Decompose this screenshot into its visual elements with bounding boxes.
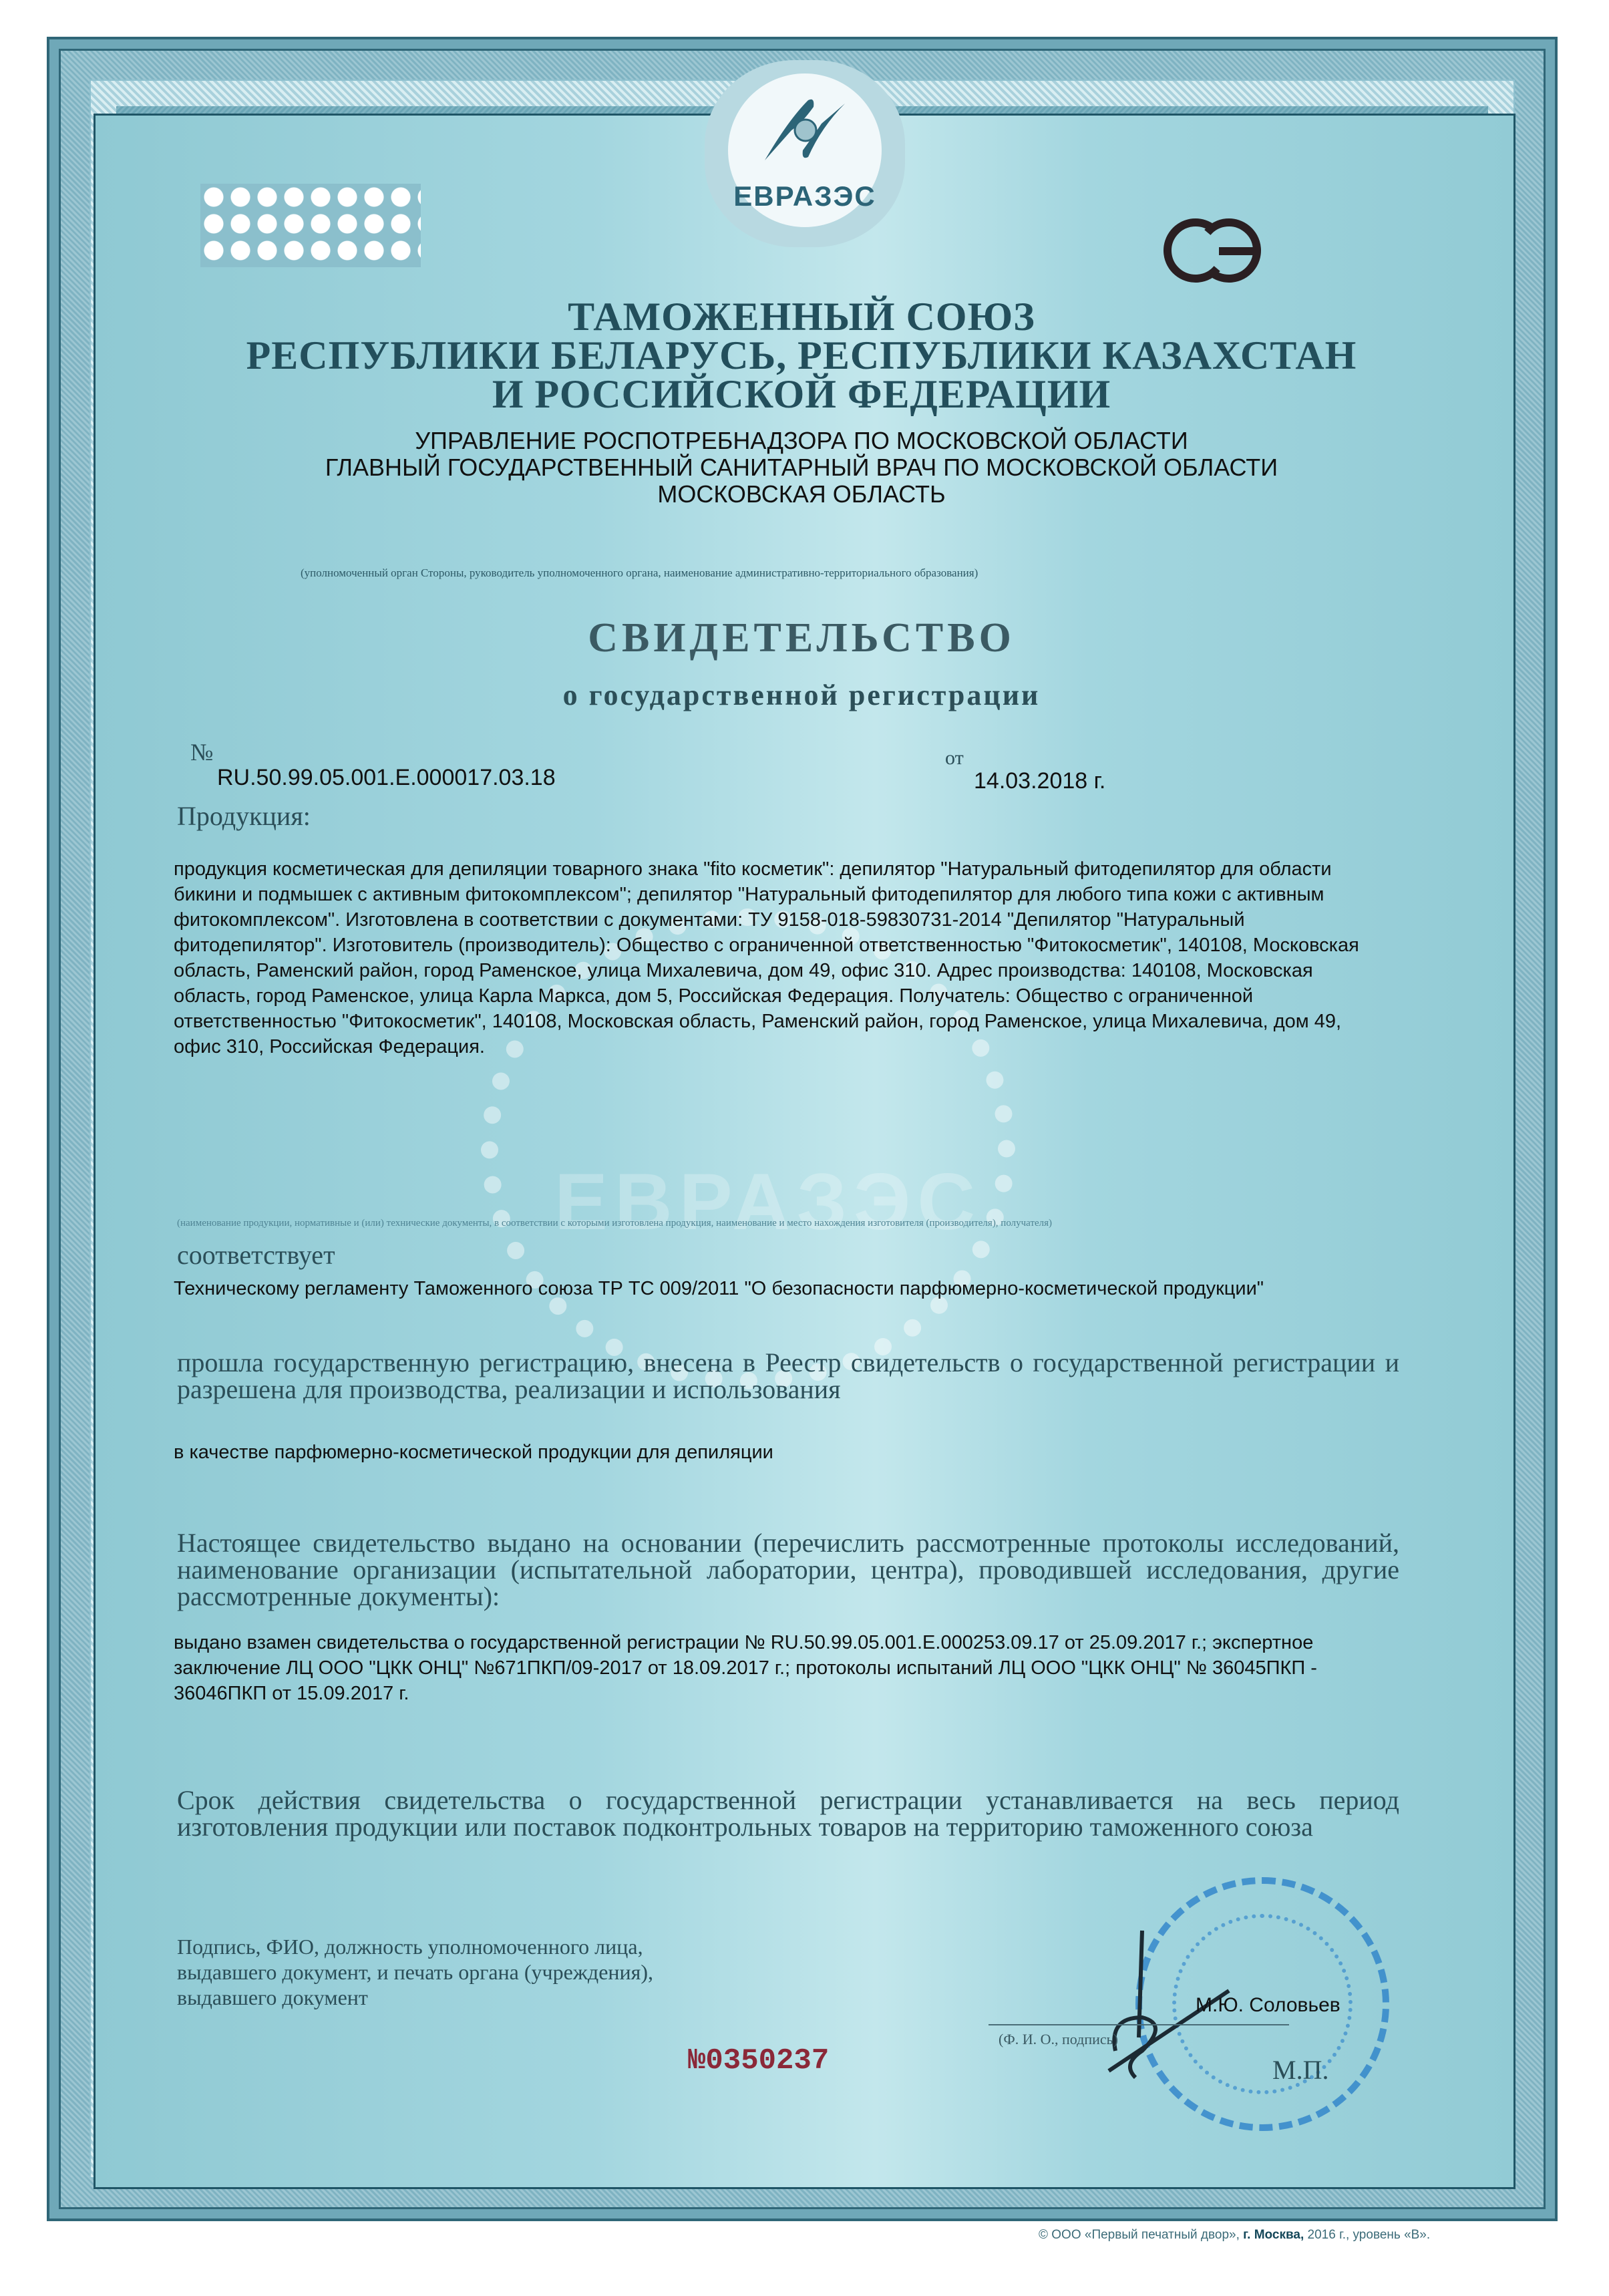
registration-number: RU.50.99.05.001.Е.000017.03.18: [217, 765, 556, 791]
usage-category: в качестве парфюмерно-косметической прод…: [174, 1440, 773, 1465]
product-caption: (наименование продукции, нормативные и (…: [177, 1218, 1052, 1229]
signature-caption: Подпись, ФИО, должность уполномоченного …: [177, 1934, 653, 2010]
eac-conformity-mark-icon: [1162, 214, 1262, 287]
printer-imprint: © ООО «Первый печатный двор», г. Москва,…: [1039, 2228, 1430, 2243]
seal-mark: М.П.: [1272, 2054, 1328, 2086]
registration-date: 14.03.2018 г.: [974, 768, 1105, 794]
fio-caption: (Ф. И. О., подпись): [999, 2031, 1118, 2048]
date-label: от: [945, 747, 964, 770]
agency-caption: (уполномоченный орган Стороны, руководит…: [301, 566, 978, 580]
form-serial-number: №0350237: [688, 2044, 829, 2078]
document-subtitle: о государственной регистрации: [200, 678, 1403, 712]
signature-line: [989, 2024, 1289, 2025]
technical-regulation: Техническому регламенту Таможенного союз…: [174, 1276, 1423, 1301]
basis-statement: Настоящее свидетельство выдано на основа…: [177, 1530, 1399, 1610]
conformity-label: соответствует: [177, 1239, 335, 1271]
validity-statement: Срок действия свидетельства о государств…: [177, 1787, 1399, 1840]
eurasec-emblem-icon: [761, 94, 848, 167]
eurasec-logo: ЕВРАЗЭС: [698, 53, 912, 254]
watermark-text: ЕВРАЗЭС: [534, 1156, 1002, 1248]
registry-statement: прошла государственную регистрацию, внес…: [177, 1349, 1399, 1403]
product-label: Продукция:: [177, 800, 311, 832]
security-pattern: [200, 184, 421, 267]
number-label: №: [190, 738, 213, 766]
union-title: ТАМОЖЕННЫЙ СОЮЗ РЕСПУБЛИКИ БЕЛАРУСЬ, РЕС…: [200, 297, 1403, 414]
logo-label: ЕВРАЗЭС: [725, 180, 885, 212]
document-title: СВИДЕТЕЛЬСТВО: [200, 615, 1403, 662]
issuing-agency: УПРАВЛЕНИЕ РОСПОТРЕБНАДЗОРА ПО МОСКОВСКО…: [200, 428, 1403, 508]
basis-documents: выдано взамен свидетельства о государств…: [174, 1630, 1383, 1706]
signer-name: М.Ю. Соловьев: [1196, 1994, 1340, 2017]
product-description: продукция косметическая для депиляции то…: [174, 856, 1383, 1059]
